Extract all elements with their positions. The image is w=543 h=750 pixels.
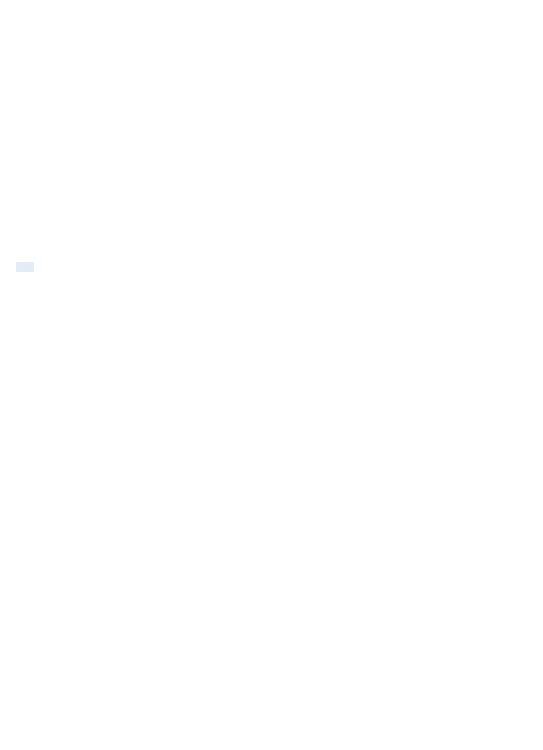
- section-heading-b2: [47, 627, 73, 638]
- list-item: [67, 256, 87, 267]
- side-bookmark-tab[interactable]: [16, 262, 34, 272]
- list-item: [67, 465, 87, 476]
- list-item: [67, 332, 87, 343]
- list-item: [67, 275, 87, 286]
- list-item: [67, 313, 87, 324]
- list-item: [67, 218, 87, 229]
- list-item: [67, 446, 87, 457]
- list-item: [67, 294, 87, 305]
- list-item: [67, 408, 87, 419]
- list-item: [67, 237, 87, 248]
- list-item: [67, 351, 87, 362]
- list-item: [67, 503, 87, 514]
- list-item: [67, 370, 87, 381]
- list-item: [67, 389, 87, 400]
- list-item: [67, 484, 87, 495]
- list-item: [67, 199, 87, 210]
- list-item: [67, 427, 87, 438]
- section-heading-b1: [47, 148, 73, 159]
